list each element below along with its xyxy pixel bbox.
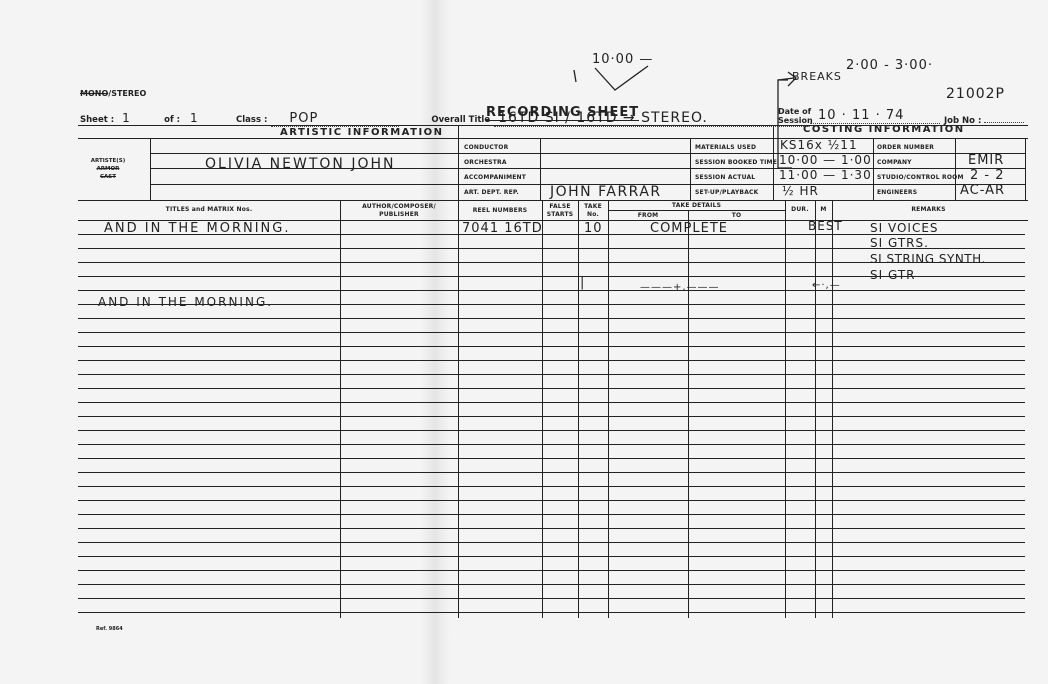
annotation-checkmark-icon — [570, 60, 690, 110]
artistic-heading: ARTISTIC INFORMATION — [280, 127, 444, 138]
header-false-starts: FALSE STARTS — [542, 203, 578, 219]
table-row-line — [78, 486, 1025, 487]
session-booked-value[interactable]: 10·00 — 1·00 — [779, 153, 872, 167]
form-ref: Ref. 9864 — [96, 626, 123, 632]
studio-control-room-label: STUDIO/CONTROL ROOM — [877, 174, 964, 181]
table-row-line — [78, 584, 1025, 585]
artist-label: ARTISTE(S) ARMOR CAST — [84, 157, 132, 181]
header-take-line1: TAKE — [578, 203, 608, 211]
overall-title-label: Overall Title — [431, 115, 490, 125]
sheet-label: Sheet : — [80, 115, 114, 125]
table-row-line — [78, 430, 1025, 431]
divider-artist-fields — [458, 138, 459, 200]
table-row-line — [78, 500, 1025, 501]
accompaniment-label: ACCOMPANIMENT — [464, 174, 526, 181]
rule-take-details-split — [608, 210, 785, 211]
divider-costing-labels — [690, 138, 691, 200]
rule-section — [78, 138, 1028, 139]
artist-label-struck1: ARMOR — [84, 165, 132, 173]
table-row-line — [78, 612, 1025, 613]
art-dept-rep-label: ART. DEPT. REP. — [464, 189, 519, 196]
table-row-line — [78, 388, 1025, 389]
row1-from[interactable]: COMPLETE — [650, 221, 728, 236]
mode-mono-struck: MONO — [80, 89, 108, 98]
of-label: of : — [164, 115, 180, 125]
header-false-line1: FALSE — [542, 203, 578, 211]
table-row-line — [78, 556, 1025, 557]
costing-heading: COSTING INFORMATION — [803, 124, 965, 135]
header-author: AUTHOR/COMPOSER/ PUBLISHER — [340, 203, 458, 219]
header-reel: REEL NUMBERS — [458, 207, 542, 214]
mode-label: MONO/STEREO — [80, 89, 146, 98]
row4-remarks[interactable]: SI GTR — [870, 268, 916, 282]
conductor-label: CONDUCTOR — [464, 144, 508, 151]
row1-remarks[interactable]: SI VOICES — [870, 221, 939, 235]
setup-playback-label: SET-UP/PLAYBACK — [695, 189, 759, 196]
table-row-line — [78, 458, 1025, 459]
table-row-line — [78, 472, 1025, 473]
session-booked-label: SESSION BOOKED TIME — [695, 159, 777, 166]
art-dept-rep-value[interactable]: JOHN FARRAR — [550, 184, 662, 200]
table-row-line — [78, 402, 1025, 403]
session-actual-label: SESSION ACTUAL — [695, 174, 755, 181]
header-false-line2: STARTS — [542, 211, 578, 219]
date-value[interactable]: 10 · 11 · 74 — [810, 108, 940, 124]
table-row-line — [78, 346, 1025, 347]
mode-stereo: /STEREO — [108, 89, 146, 98]
divider-field-values — [540, 138, 541, 200]
materials-used-label: MATERIALS USED — [695, 144, 756, 151]
row4-take[interactable]: | — [580, 275, 585, 290]
divider-header-artistic — [458, 125, 459, 138]
row1-reel[interactable]: 7041 16TD — [462, 221, 543, 236]
header-titles: TITLES and MATRIX Nos. — [78, 206, 340, 213]
divider-header-costing — [773, 125, 774, 138]
table-row-line — [78, 290, 1025, 291]
session-actual-value[interactable]: 11·00 — 1·30 — [779, 168, 872, 182]
table-row-line — [78, 374, 1025, 375]
divider-artist-label — [150, 138, 151, 200]
divider-costing-right-labels — [873, 138, 874, 200]
divider-costing-values — [773, 138, 774, 200]
row4-m[interactable]: ←·,— — [812, 280, 841, 291]
order-number-label: ORDER NUMBER — [877, 144, 934, 151]
engineers-label: ENGINEERS — [877, 189, 917, 196]
date-label: Date of Session — [778, 107, 813, 125]
setup-playback-value[interactable]: ½ HR — [782, 184, 819, 198]
header-take-line2: No. — [578, 211, 608, 219]
studio-control-room-value[interactable]: 2 - 2 — [970, 168, 1005, 183]
row6-title[interactable]: AND IN THE MORNING. — [98, 295, 273, 309]
artist-value[interactable]: OLIVIA NEWTON JOHN — [205, 156, 396, 172]
rule-artist-1 — [150, 153, 1025, 154]
table-row-line — [78, 542, 1025, 543]
materials-used-value[interactable]: KS16x ½11 — [780, 138, 858, 152]
row1-title[interactable]: AND IN THE MORNING. — [104, 221, 290, 236]
date-label-line1: Date of — [778, 107, 813, 116]
header-author-line2: PUBLISHER — [340, 211, 458, 219]
header-take-details: TAKE DETAILS — [608, 202, 785, 209]
table-row-line — [78, 318, 1025, 319]
divider-costing-right-values — [955, 138, 956, 200]
table-row-line — [78, 528, 1025, 529]
table-row-line — [78, 570, 1025, 571]
row2-remarks[interactable]: SI GTRS. — [870, 236, 929, 250]
artist-label-struck2: CAST — [84, 173, 132, 181]
table-row-line — [78, 514, 1025, 515]
divider-right-edge — [1025, 138, 1026, 200]
header-remarks: REMARKS — [832, 206, 1025, 213]
orchestra-label: ORCHESTRA — [464, 159, 507, 166]
table-row-line — [78, 598, 1025, 599]
paper-fold-shadow — [420, 0, 450, 684]
job-dotted-line — [984, 122, 1024, 123]
of-value[interactable]: 1 — [184, 111, 228, 126]
annotation-breaks-label: BREAKS — [792, 70, 842, 83]
sheet-value[interactable]: 1 — [118, 111, 152, 126]
header-take-no: TAKE No. — [578, 203, 608, 219]
table-row-line — [78, 416, 1025, 417]
header-from: FROM — [608, 212, 688, 219]
table-row-line — [78, 444, 1025, 445]
rule-artist-bottom — [78, 200, 1028, 201]
company-value[interactable]: EMIR — [968, 153, 1004, 168]
header-author-line1: AUTHOR/COMPOSER/ — [340, 203, 458, 211]
class-label: Class : — [236, 115, 267, 125]
row1-take[interactable]: 10 — [584, 221, 603, 236]
header-m: M — [815, 206, 832, 213]
row3-remarks[interactable]: SI STRING SYNTH. — [870, 252, 986, 266]
table-row-line — [78, 332, 1025, 333]
table-row-line — [78, 360, 1025, 361]
row4-from[interactable]: ———+,——— — [640, 282, 720, 293]
header-dur: DUR. — [785, 206, 815, 213]
engineers-value[interactable]: AC-AR — [960, 183, 1005, 198]
job-value[interactable]: 21002P — [946, 86, 1005, 102]
header-to: TO — [688, 212, 785, 219]
row1-m[interactable]: BEST — [808, 219, 843, 233]
company-label: COMPANY — [877, 159, 912, 166]
artist-label-text: ARTISTE(S) — [84, 157, 132, 165]
annotation-breaks-time: 2·00 - 3·00· — [846, 58, 933, 73]
